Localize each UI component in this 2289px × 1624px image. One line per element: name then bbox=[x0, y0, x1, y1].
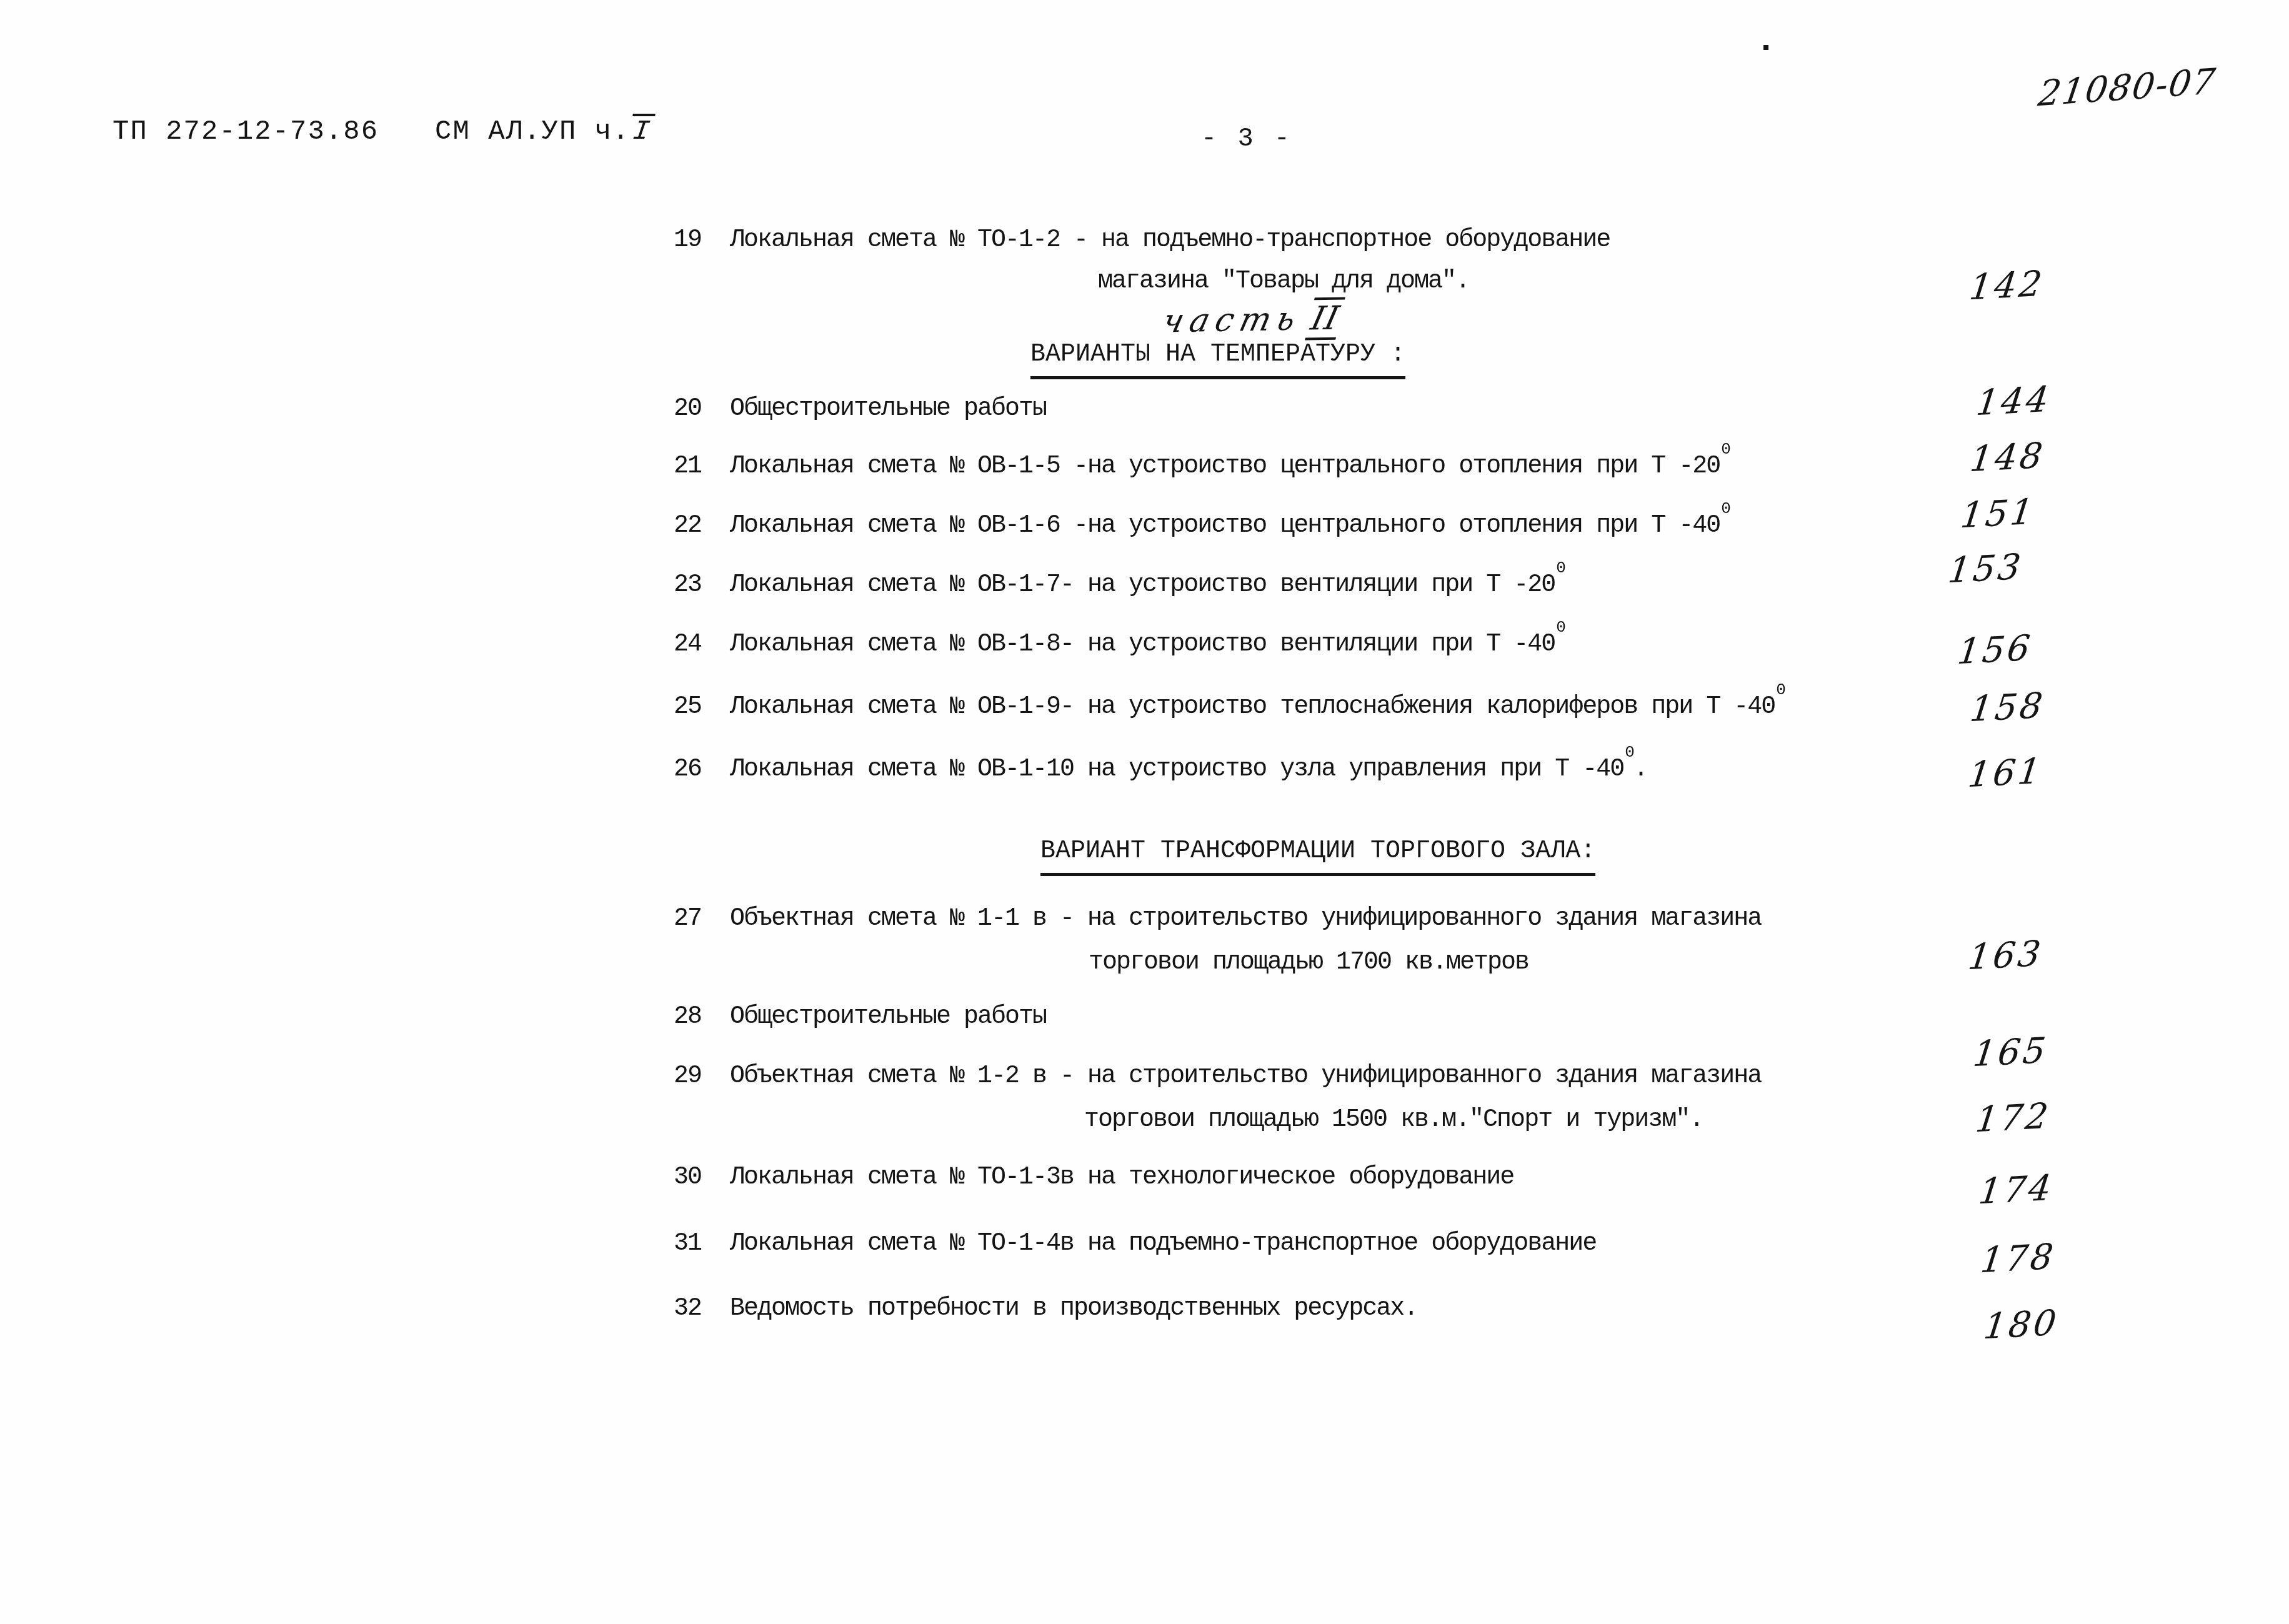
toc-item-number: 32 bbox=[674, 1295, 722, 1323]
toc-item-text: Объектная смета № 1-1 в - на строительст… bbox=[730, 905, 1761, 933]
toc-row: 26Локальная смета № ОВ-1-10 на устроиств… bbox=[674, 753, 1647, 784]
page-ref-handwritten: 156 bbox=[1955, 628, 2035, 673]
toc-item-text-main: Локальная смета № ТО-1-4в на подъемно-тр… bbox=[730, 1230, 1596, 1258]
scan-speck bbox=[1763, 45, 1768, 50]
toc-item-text-main: Ведомость потребности в производственных… bbox=[730, 1295, 1417, 1323]
toc-item-text: Ведомость потребности в производственных… bbox=[730, 1295, 1417, 1323]
toc-item-text: Локальная смета № ТО-1-2 - на подъемно-т… bbox=[730, 224, 1610, 254]
toc-row: 28Общестроительные работы bbox=[674, 1003, 1046, 1031]
part-roman-numeral: II bbox=[1305, 297, 1345, 340]
page-number: - 3 - bbox=[1201, 124, 1292, 154]
album-part-roman-numeral: I bbox=[628, 114, 656, 147]
toc-row: 31Локальная смета № ТО-1-4в на подъемно-… bbox=[674, 1230, 1596, 1258]
page-ref-handwritten: 180 bbox=[1982, 1303, 2061, 1348]
toc-row: 23Локальная смета № ОВ-1-7- на устроиств… bbox=[674, 569, 1565, 599]
toc-item-text: Локальная смета № ОВ-1-5 -на устроиство … bbox=[730, 450, 1730, 481]
toc-item-text-main: Локальная смета № ТО-1-3в на технологиче… bbox=[730, 1163, 1514, 1192]
toc-item-number: 31 bbox=[674, 1230, 722, 1258]
toc-item-number: 25 bbox=[674, 693, 722, 721]
toc-item-text: Локальная смета № ОВ-1-8- на устроиство … bbox=[730, 628, 1565, 659]
toc-item-text-main: Общестроительные работы bbox=[730, 1003, 1046, 1031]
toc-row: 27Объектная смета № 1-1 в - на строитель… bbox=[674, 905, 1761, 933]
toc-item-number: 26 bbox=[674, 755, 722, 784]
degree-superscript: 0 bbox=[1721, 440, 1731, 459]
toc-item-text-main: Локальная смета № ТО-1-2 - на подъемно-т… bbox=[730, 226, 1610, 254]
degree-superscript: 0 bbox=[1556, 559, 1566, 577]
toc-item-text-main: Локальная смета № ОВ-1-6 -на устроиство … bbox=[730, 512, 1720, 540]
scanned-document-page: ТП 272-12-73.86СМ АЛ.УП ч.I 21080-07 - 3… bbox=[0, 0, 2289, 1624]
toc-item-text-main: Общестроительные работы bbox=[730, 395, 1046, 423]
toc-item-text: Локальная смета № ОВ-1-6 -на устроиство … bbox=[730, 509, 1730, 540]
page-ref-handwritten: 158 bbox=[1968, 685, 2047, 730]
toc-item-continuation: магазина "Товары для дома". bbox=[1098, 267, 1469, 296]
section-heading-hall-transformation: ВАРИАНТ ТРАНСФОРМАЦИИ ТОРГОВОГО ЗАЛА: bbox=[1040, 837, 1595, 876]
toc-item-number: 21 bbox=[674, 452, 722, 481]
toc-item-text-main: Локальная смета № ОВ-1-10 на устроиство … bbox=[730, 755, 1623, 784]
toc-item-text-main: Локальная смета № ОВ-1-8- на устроиство … bbox=[730, 630, 1555, 659]
page-ref-handwritten: 178 bbox=[1978, 1237, 2058, 1282]
document-code-header: ТП 272-12-73.86СМ АЛ.УП ч.I bbox=[112, 114, 653, 147]
toc-item-continuation: торговои площадью 1700 кв.метров bbox=[1089, 949, 1528, 977]
toc-item-text: Локальная смета № ОВ-1-10 на устроиство … bbox=[730, 753, 1647, 784]
toc-item-number: 27 bbox=[674, 905, 722, 933]
degree-superscript: 0 bbox=[1776, 680, 1786, 699]
toc-item-text-after: . bbox=[1633, 755, 1647, 784]
toc-item-text: Локальная смета № ТО-1-4в на подъемно-тр… bbox=[730, 1230, 1596, 1258]
document-code: ТП 272-12-73.86 bbox=[112, 116, 379, 147]
page-ref-handwritten: 174 bbox=[1977, 1168, 2056, 1213]
page-ref-handwritten: 153 bbox=[1946, 547, 2025, 592]
page-ref-handwritten: 151 bbox=[1958, 492, 2038, 537]
page-ref-handwritten: 172 bbox=[1973, 1096, 2053, 1141]
section-heading-temperature-variants: ВАРИАНТЫ НА ТЕМПЕРАТУРУ : bbox=[1030, 341, 1405, 379]
degree-superscript: 0 bbox=[1625, 743, 1635, 762]
toc-row: 19Локальная смета № ТО-1-2 - на подъемно… bbox=[674, 224, 1610, 254]
toc-item-text-main: Объектная смета № 1-2 в - на строительст… bbox=[730, 1062, 1761, 1090]
page-ref-handwritten: 142 bbox=[1967, 264, 2047, 309]
toc-item-number: 22 bbox=[674, 512, 722, 540]
toc-item-number: 20 bbox=[674, 395, 722, 423]
toc-item-text: Локальная смета № ОВ-1-9- на устроиство … bbox=[730, 690, 1785, 721]
toc-row: 22Локальная смета № ОВ-1-6 -на устроиств… bbox=[674, 509, 1730, 540]
toc-item-text: Объектная смета № 1-2 в - на строительст… bbox=[730, 1062, 1761, 1090]
toc-row: 32Ведомость потребности в производственн… bbox=[674, 1295, 1417, 1323]
degree-superscript: 0 bbox=[1721, 499, 1731, 518]
toc-row: 20Общестроительные работы bbox=[674, 395, 1046, 423]
toc-item-number: 19 bbox=[674, 226, 722, 254]
handwritten-part-note: частьII bbox=[1159, 297, 1345, 342]
toc-item-text-main: Объектная смета № 1-1 в - на строительст… bbox=[730, 905, 1761, 933]
toc-item-text: Общестроительные работы bbox=[730, 395, 1046, 423]
page-ref-handwritten: 144 bbox=[1974, 379, 2053, 424]
page-ref-handwritten: 163 bbox=[1966, 934, 2045, 979]
toc-row: 29Объектная смета № 1-2 в - на строитель… bbox=[674, 1062, 1761, 1090]
page-ref-handwritten: 148 bbox=[1968, 436, 2047, 481]
toc-row: 21Локальная смета № ОВ-1-5 -на устроиств… bbox=[674, 450, 1730, 481]
toc-row: 25Локальная смета № ОВ-1-9- на устроиств… bbox=[674, 690, 1785, 721]
toc-item-number: 23 bbox=[674, 571, 722, 599]
toc-item-number: 30 bbox=[674, 1163, 722, 1192]
degree-superscript: 0 bbox=[1556, 618, 1566, 637]
album-code: СМ АЛ.УП ч. bbox=[435, 116, 630, 147]
part-word: часть bbox=[1159, 301, 1305, 341]
toc-item-number: 24 bbox=[674, 630, 722, 659]
toc-item-text-main: Локальная смета № ОВ-1-9- на устроиство … bbox=[730, 693, 1775, 721]
toc-item-text: Локальная смета № ТО-1-3в на технологиче… bbox=[730, 1163, 1514, 1192]
toc-item-text-main: Локальная смета № ОВ-1-7- на устроиство … bbox=[730, 571, 1555, 599]
page-ref-handwritten: 165 bbox=[1971, 1030, 2050, 1075]
toc-item-text: Локальная смета № ОВ-1-7- на устроиство … bbox=[730, 569, 1565, 599]
toc-item-number: 29 bbox=[674, 1062, 722, 1090]
toc-row: 24Локальная смета № ОВ-1-8- на устроиств… bbox=[674, 628, 1565, 659]
toc-item-number: 28 bbox=[674, 1003, 722, 1031]
handwritten-inventory-number: 21080-07 bbox=[2036, 61, 2219, 115]
toc-item-text-main: Локальная смета № ОВ-1-5 -на устроиство … bbox=[730, 452, 1720, 481]
toc-item-text: Общестроительные работы bbox=[730, 1003, 1046, 1031]
toc-row: 30Локальная смета № ТО-1-3в на технологи… bbox=[674, 1163, 1514, 1192]
page-ref-handwritten: 161 bbox=[1966, 751, 2045, 796]
toc-item-continuation: торговои площадью 1500 кв.м."Спорт и тур… bbox=[1084, 1106, 1703, 1134]
